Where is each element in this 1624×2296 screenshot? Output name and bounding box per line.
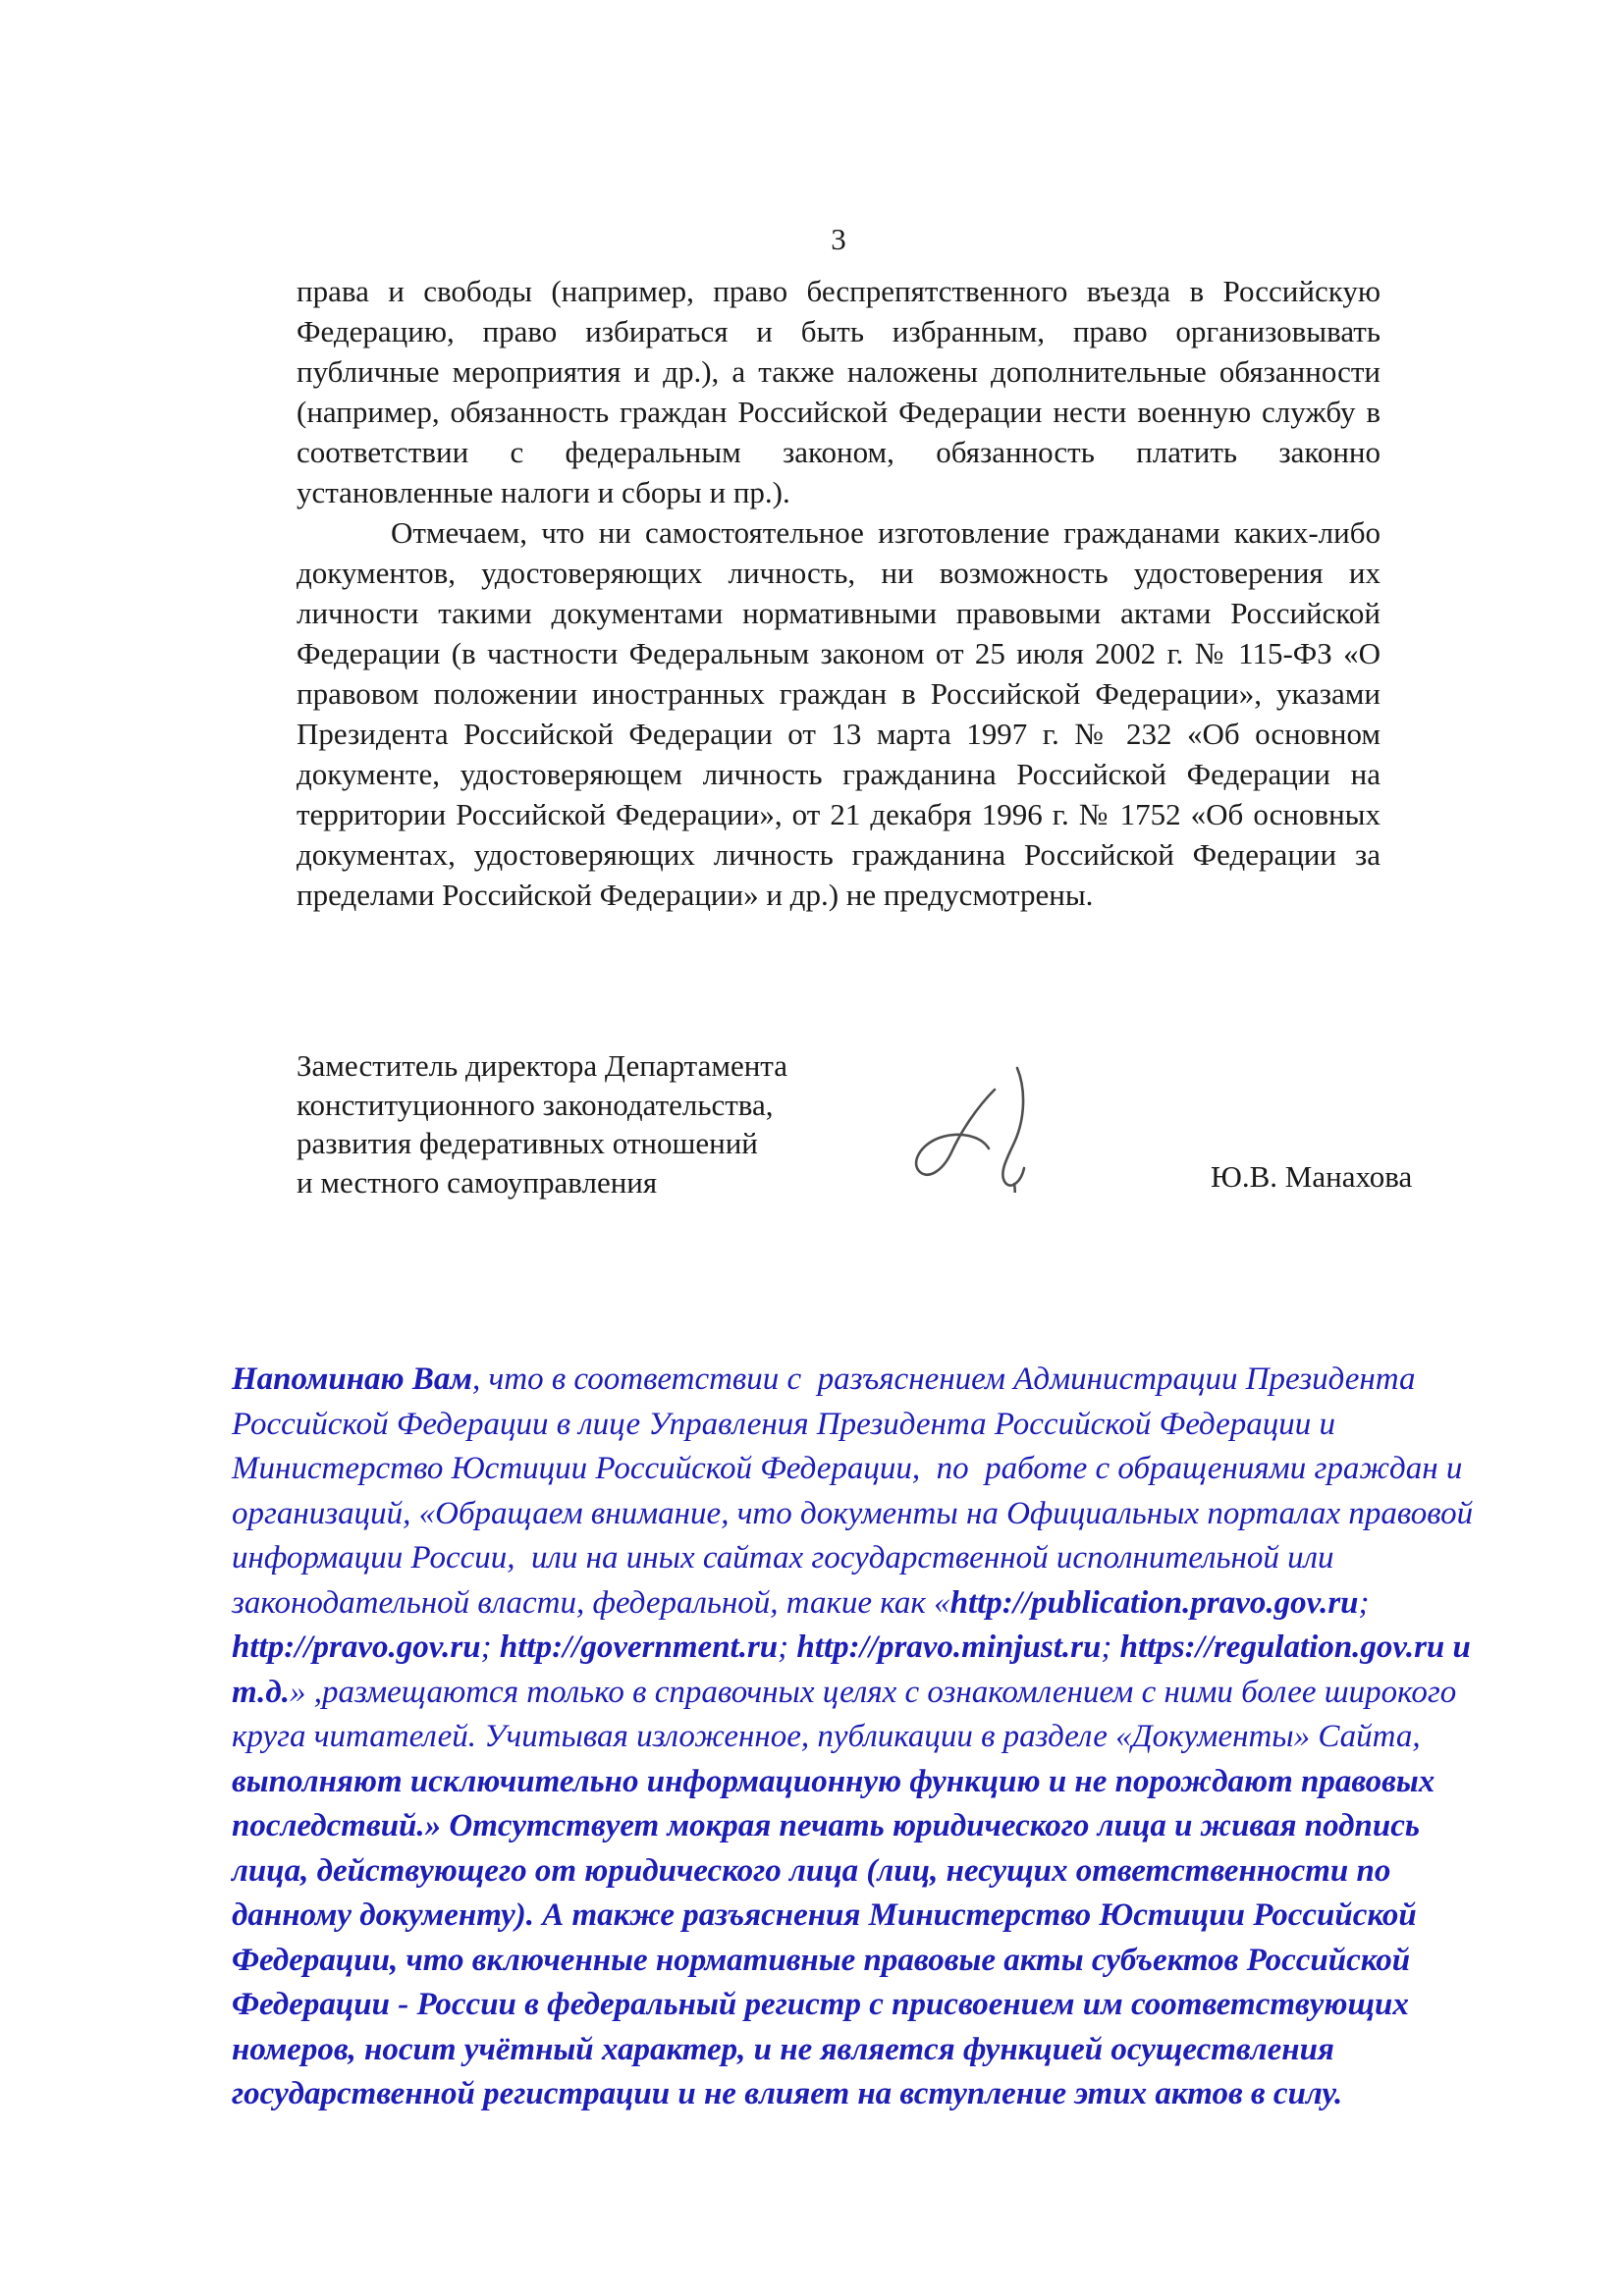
- note-segment: выполняют исключительно информационную ф…: [232, 1764, 1443, 2112]
- note-segment: , что в соответствии с разъяснением Адми…: [232, 1362, 1481, 1621]
- paragraph-continuation: права и свободы (например, право беспреп…: [297, 271, 1380, 512]
- handwritten-signature-icon: [879, 1060, 1065, 1193]
- note-segment: Напоминаю Вам: [232, 1362, 472, 1397]
- signatory-name: Ю.В. Манахова: [1211, 1159, 1412, 1195]
- note-segment: http://publication.pravo.gov.ru: [950, 1585, 1359, 1621]
- note-segment: ;: [778, 1629, 796, 1665]
- note-segment: http://pravo.gov.ru: [232, 1629, 481, 1665]
- body-text: права и свободы (например, право беспреп…: [297, 271, 1380, 915]
- note-segment: » ,размещаются только в справочных целях…: [232, 1675, 1464, 1755]
- reminder-note: Напоминаю Вам, что в соответствии с разъ…: [232, 1358, 1500, 2117]
- signatory-title-line-1: Заместитель директора Департамента: [297, 1046, 1380, 1086]
- note-segment: http://government.ru: [500, 1629, 778, 1665]
- document-page: 3 права и свободы (например, право беспр…: [0, 0, 1624, 2296]
- note-segment: http://pravo.minjust.ru: [796, 1629, 1101, 1665]
- note-segment: ;: [1101, 1629, 1119, 1665]
- signatory-title-line-3: развития федеративных отношений: [297, 1124, 1380, 1163]
- paragraph-main: Отмечаем, что ни самостоятельное изготов…: [297, 512, 1380, 915]
- note-segment: ;: [1359, 1585, 1378, 1621]
- note-segment: ;: [481, 1629, 500, 1665]
- page-number: 3: [297, 222, 1380, 257]
- signatory-title-line-2: конституционного законодательства,: [297, 1086, 1380, 1125]
